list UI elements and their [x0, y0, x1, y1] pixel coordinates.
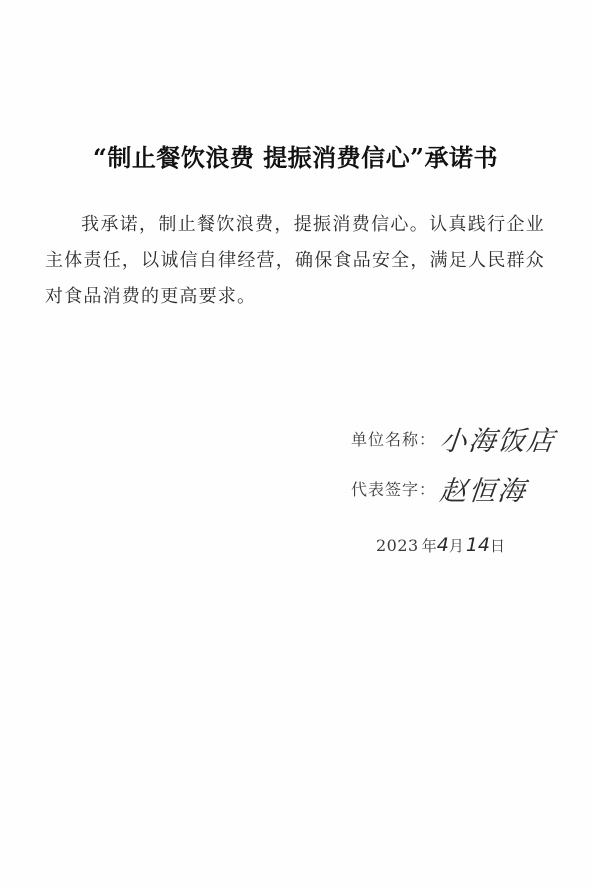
representative-signature-label: 代表签字：	[351, 477, 436, 500]
signature-date: 2023 年 4 月 14 日	[376, 527, 505, 563]
unit-name-label: 单位名称：	[351, 427, 436, 450]
date-month-unit: 月	[449, 535, 464, 556]
document-page: “制止餐饮浪费 提振消费信心”承诺书 我承诺，制止餐饮浪费，提振消费信心。认真践…	[0, 0, 591, 886]
unit-name-handwritten: 小海饭店	[438, 419, 558, 458]
date-day-handwritten: 14	[466, 534, 490, 556]
representative-signature-handwritten: 赵恒海	[438, 469, 529, 508]
date-year-unit: 年	[422, 535, 437, 556]
representative-signature-row: 代表签字： 赵恒海	[351, 470, 527, 506]
pledge-body-paragraph: 我承诺，制止餐饮浪费，提振消费信心。认真践行企业主体责任，以诚信自律经营，确保食…	[45, 207, 545, 315]
date-day-unit: 日	[490, 535, 505, 556]
date-month-handwritten: 4	[437, 534, 449, 556]
document-title: “制止餐饮浪费 提振消费信心”承诺书	[0, 140, 591, 176]
date-year: 2023	[376, 536, 419, 555]
unit-name-row: 单位名称： 小海饭店	[351, 420, 556, 456]
